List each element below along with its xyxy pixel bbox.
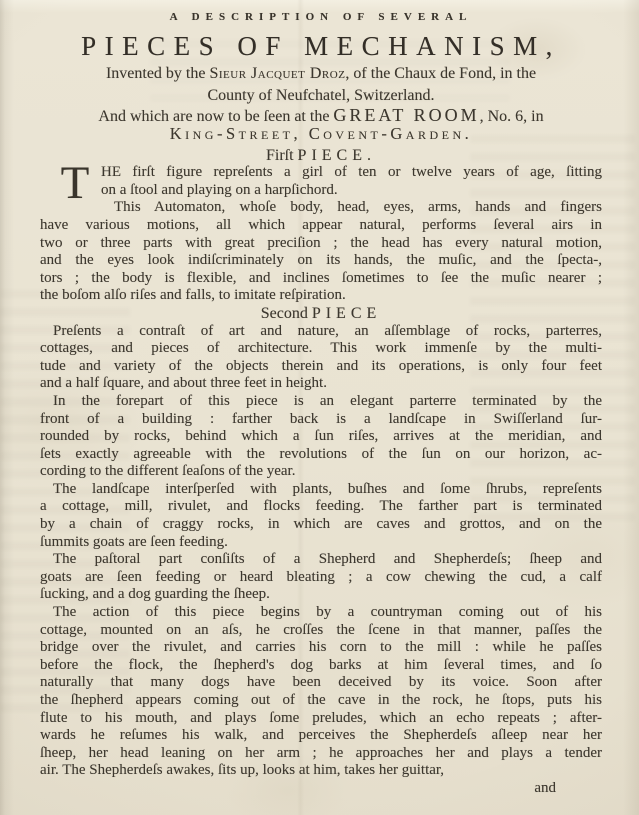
sc-run: Sieur Jacquet Droz <box>209 65 345 82</box>
text-run: ſets exactly agreeable with the revoluti… <box>40 446 602 462</box>
text-column: A DESCRIPTION OF SEVERALPIECES OF MECHAN… <box>40 8 602 798</box>
text-run: cording to the different ſeaſons of the … <box>40 463 295 479</box>
text-run: the boſom alſo riſes and falls, to imita… <box>40 287 346 303</box>
text-run: rounded by rocks, behind which a ſun riſ… <box>40 428 602 444</box>
text-line: cording to the different ſeaſons of the … <box>40 463 602 481</box>
text-line: ſummits goats are ſeen feeding. <box>40 534 602 552</box>
text-run: County of Neufchatel, Switzerland. <box>207 87 434 104</box>
text-run: the ſhepherd appears coming out of the c… <box>40 692 602 708</box>
spread-caps-run: PIECE <box>312 305 381 322</box>
para-second-piece-4: The paſtoral part conſiſts of a Shepherd… <box>40 551 602 604</box>
big-caps-run: GREAT ROOM <box>333 105 479 125</box>
text-line: tude and variety of the objects therein … <box>40 358 602 376</box>
text-run: two or three parts with great preciſion … <box>40 235 602 251</box>
text-run: bridge over the rivulet, and carries his… <box>40 639 602 655</box>
text-run: The action of this piece begins by a cou… <box>53 604 602 620</box>
text-line: The action of this piece begins by a cou… <box>40 604 602 622</box>
para-first-piece-1: THE firſt figure repreſents a girl of te… <box>56 164 602 199</box>
text-line: Firſt PIECE. <box>40 147 602 165</box>
text-line: by a chain of craggy rocks, in which are… <box>40 516 602 534</box>
text-run: and the eyes look indiſcriminately on it… <box>40 252 602 268</box>
para-second-piece-2: In the forepart of this piece is an eleg… <box>40 393 602 481</box>
sc-spread-run: King-Street, Covent-Garden. <box>170 124 473 143</box>
text-run: PIECES OF MECHANISM, <box>81 31 561 61</box>
text-line: King-Street, Covent-Garden. <box>40 126 602 144</box>
text-line: bridge over the rivulet, and carries his… <box>40 639 602 657</box>
text-run: and <box>534 780 556 796</box>
text-line: Second PIECE <box>40 305 602 323</box>
text-line: The paſtoral part conſiſts of a Shepherd… <box>40 551 602 569</box>
text-line: the boſom alſo riſes and falls, to imita… <box>40 287 602 305</box>
text-line: The landſcape interſperſed with plants, … <box>40 481 602 499</box>
text-run: A DESCRIPTION OF SEVERAL <box>170 11 473 23</box>
text-run: cottage, mounted on an aſs, he croſſes t… <box>40 622 602 638</box>
text-line: A DESCRIPTION OF SEVERAL <box>40 10 602 24</box>
text-line: Preſents a contraſt of art and nature, a… <box>40 323 602 341</box>
text-run: ſummits goats are ſeen feeding. <box>40 534 228 550</box>
text-run: before the flock, the ſhepherd's dog bar… <box>40 657 602 673</box>
text-run: Firſt <box>266 147 298 164</box>
text-line: This Automaton, whoſe body, head, eyes, … <box>40 199 602 217</box>
text-run: goats are ſeen feeding or heard bleating… <box>40 569 602 585</box>
text-run: and a half ſquare, and about three feet … <box>40 375 327 391</box>
text-run: Invented by the <box>106 65 210 82</box>
text-run: And which are now to be ſeen at the <box>98 108 333 125</box>
text-line: rounded by rocks, behind which a ſun riſ… <box>40 428 602 446</box>
text-line: ſucking, and a dog guarding the ſheep. <box>40 586 602 604</box>
heading-first-piece: Firſt PIECE. <box>40 147 602 165</box>
text-run: naturally that many dogs have been decei… <box>40 674 602 690</box>
text-run: HE firſt figure repreſents a girl of ten… <box>101 164 602 180</box>
text-line: a cottage, mill, rivulet, and flocks fee… <box>40 498 602 516</box>
text-run: ſucking, and a dog guarding the ſheep. <box>40 586 270 602</box>
text-line: tors ; the body is flexible, and incline… <box>40 270 602 288</box>
text-run: wards he reſumes his walk, and perceives… <box>40 727 602 743</box>
drop-cap-initial: T <box>56 166 94 200</box>
text-line: goats are ſeen feeding or heard bleating… <box>40 569 602 587</box>
text-run: flute to his mouth, and plays ſome prelu… <box>40 710 602 726</box>
text-run: This Automaton, whoſe body, head, eyes, … <box>114 199 602 215</box>
text-line: and a half ſquare, and about three feet … <box>40 375 602 393</box>
para-second-piece-5: The action of this piece begins by a cou… <box>40 604 602 780</box>
text-run: The landſcape interſperſed with plants, … <box>53 481 602 497</box>
text-line: and <box>40 780 556 798</box>
text-run: on a ſtool and playing on a harpſichord. <box>101 182 338 198</box>
text-line: flute to his mouth, and plays ſome prelu… <box>40 710 602 728</box>
text-line: ſheep, her head leaning on her arm ; he … <box>40 745 602 763</box>
text-line: ſets exactly agreeable with the revoluti… <box>40 446 602 464</box>
text-run: Preſents a contraſt of art and nature, a… <box>53 323 602 339</box>
text-run: have various motions, all which appear n… <box>40 217 602 233</box>
catchword: and <box>40 780 602 798</box>
text-line: air. The Shepherdeſs awakes, ſits up, lo… <box>40 762 602 780</box>
text-run: cottages, and pieces of architecture. Th… <box>40 340 602 356</box>
para-first-piece-2: This Automaton, whoſe body, head, eyes, … <box>40 199 602 305</box>
imprint-venue: And which are now to be ſeen at the GREA… <box>40 107 602 144</box>
spread-caps-run: PIECE. <box>298 147 376 164</box>
text-line: In the forepart of this piece is an eleg… <box>40 393 602 411</box>
text-line: naturally that many dogs have been decei… <box>40 674 602 692</box>
text-run: front of a building : farther back is a … <box>40 411 602 427</box>
text-line: PIECES OF MECHANISM, <box>40 30 602 62</box>
text-run: Second <box>261 305 312 322</box>
text-run: The paſtoral part conſiſts of a Shepherd… <box>53 551 602 567</box>
text-line: and the eyes look indiſcriminately on it… <box>40 252 602 270</box>
text-run: a cottage, mill, rivulet, and flocks fee… <box>40 498 602 514</box>
text-line: cottages, and pieces of architecture. Th… <box>40 340 602 358</box>
text-run: , No. 6, in <box>480 108 544 125</box>
text-line: have various motions, all which appear n… <box>40 217 602 235</box>
text-line: wards he reſumes his walk, and perceives… <box>40 727 602 745</box>
main-title: PIECES OF MECHANISM, <box>40 30 602 62</box>
text-line: on a ſtool and playing on a harpſichord. <box>56 182 602 200</box>
text-line: front of a building : farther back is a … <box>40 411 602 429</box>
document-page: A DESCRIPTION OF SEVERALPIECES OF MECHAN… <box>0 0 639 815</box>
half-title: A DESCRIPTION OF SEVERAL <box>40 10 602 24</box>
text-run: ſheep, her head leaning on her arm ; he … <box>40 745 602 761</box>
text-line: the ſhepherd appears coming out of the c… <box>40 692 602 710</box>
para-second-piece-1: Preſents a contraſt of art and nature, a… <box>40 323 602 393</box>
text-line: Invented by the Sieur Jacquet Droz, of t… <box>40 63 602 85</box>
text-line: two or three parts with great preciſion … <box>40 235 602 253</box>
text-line: before the flock, the ſhepherd's dog bar… <box>40 657 602 675</box>
imprint-inventor: Invented by the Sieur Jacquet Droz, of t… <box>40 63 602 107</box>
text-line: cottage, mounted on an aſs, he croſſes t… <box>40 622 602 640</box>
text-run: , of the Chaux de Fond, in the <box>345 65 536 82</box>
para-second-piece-3: The landſcape interſperſed with plants, … <box>40 481 602 551</box>
text-run: In the forepart of this piece is an eleg… <box>53 393 602 409</box>
text-run: tude and variety of the objects therein … <box>40 358 602 374</box>
heading-second-piece: Second PIECE <box>40 305 602 323</box>
text-line: HE firſt figure repreſents a girl of ten… <box>56 164 602 182</box>
text-run: by a chain of craggy rocks, in which are… <box>40 516 602 532</box>
text-line: County of Neufchatel, Switzerland. <box>40 85 602 107</box>
text-run: tors ; the body is flexible, and incline… <box>40 270 602 286</box>
text-run: air. The Shepherdeſs awakes, ſits up, lo… <box>40 762 444 778</box>
